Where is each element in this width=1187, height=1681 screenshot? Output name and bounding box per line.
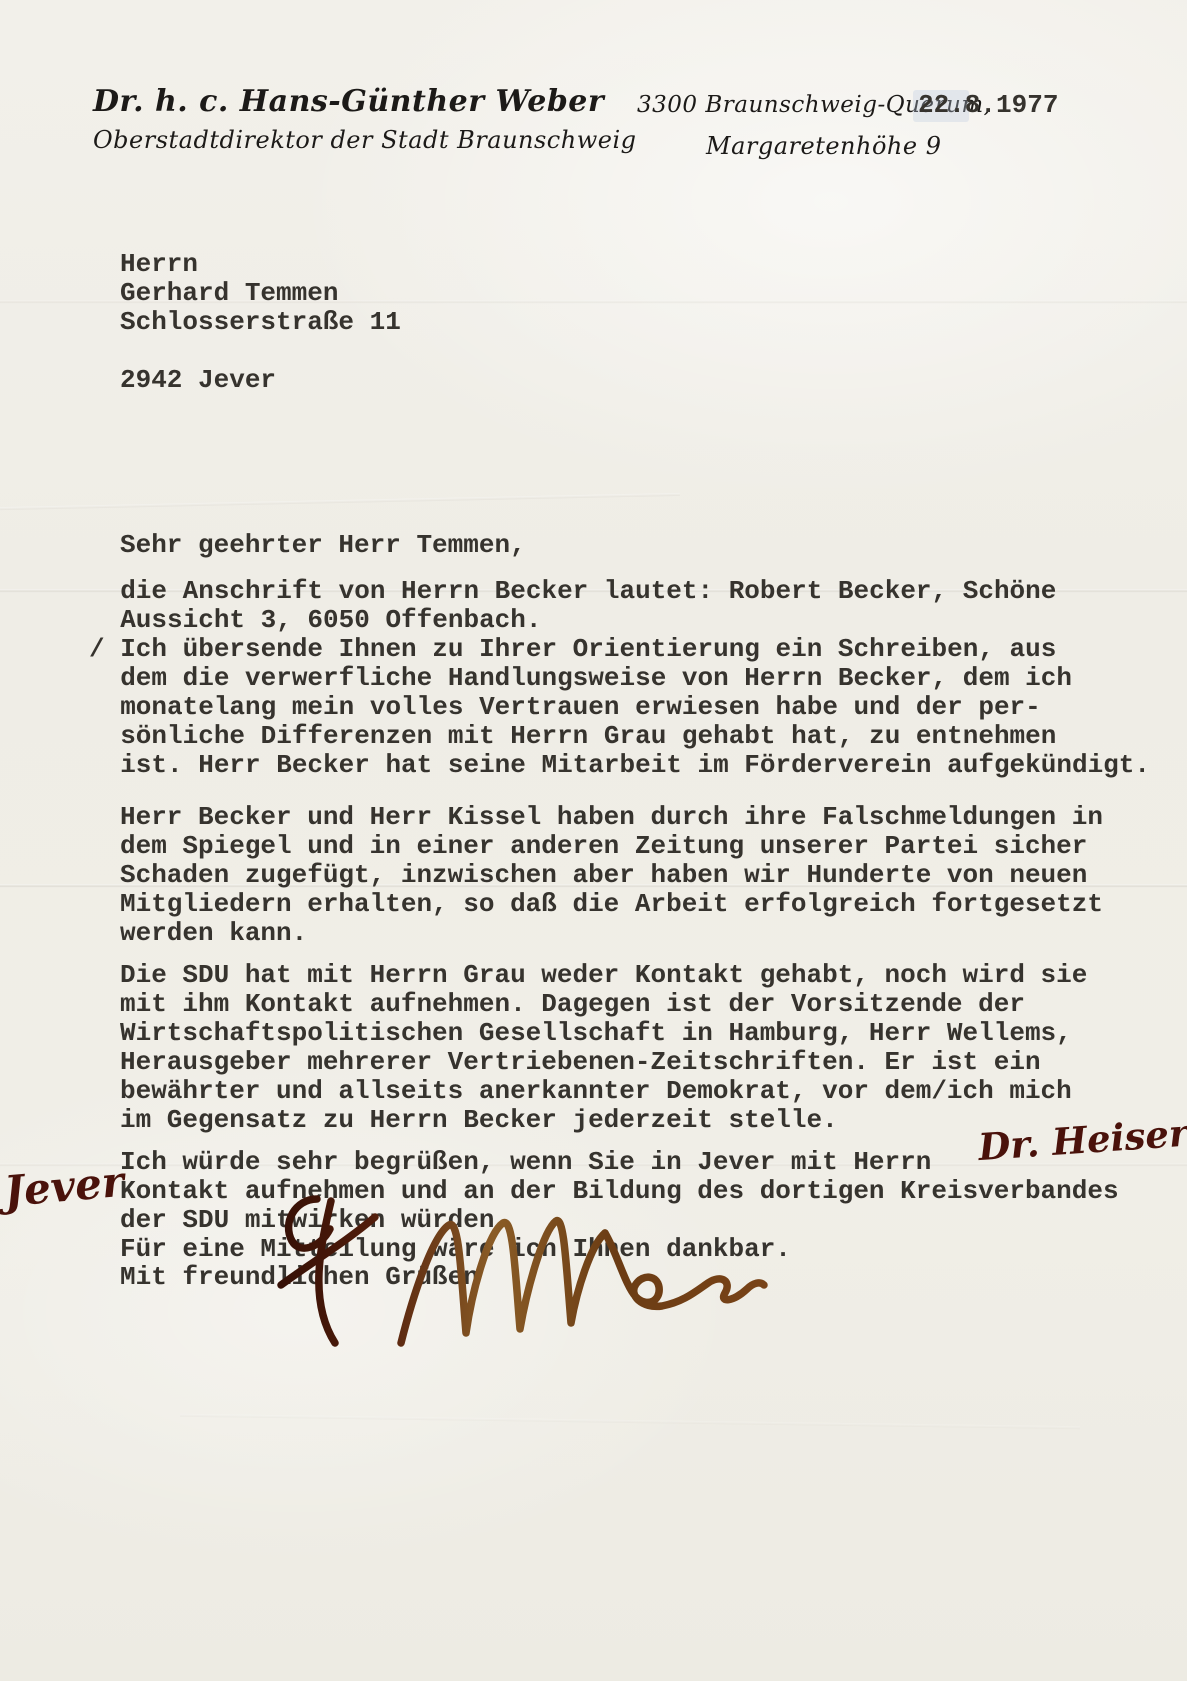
body-paragraph-3: Die SDU hat mit Herrn Grau weder Kontakt… <box>120 961 1087 1135</box>
signature-stroke <box>401 1221 605 1343</box>
scanned-letter-page: Dr. h. c. Hans-Günther Weber Oberstadtdi… <box>0 0 1187 1681</box>
recipient-address-block: Herrn Gerhard Temmen Schlosserstraße 11 … <box>120 250 401 395</box>
letterhead-date: 22.8.1977 <box>918 91 1058 120</box>
body-paragraph-1: die Anschrift von Herrn Becker lautet: R… <box>89 577 1150 780</box>
body-paragraph-2: Herr Becker und Herr Kissel haben durch … <box>120 803 1103 948</box>
signature-stroke <box>319 1201 335 1343</box>
salutation: Sehr geehrter Herr Temmen, <box>120 531 526 560</box>
letterhead-sender-name: Dr. h. c. Hans-Günther Weber <box>93 84 604 119</box>
paper-crease <box>0 493 680 510</box>
handwritten-margin-note: Jever <box>2 1157 126 1216</box>
letterhead-street-line: Margaretenhöhe 9 <box>706 132 941 160</box>
handwritten-signature <box>255 1185 785 1370</box>
signature-stroke <box>605 1233 764 1306</box>
letterhead-sender-title: Oberstadtdirektor der Stadt Braunschweig <box>93 126 636 154</box>
paper-crease <box>180 1414 1080 1430</box>
